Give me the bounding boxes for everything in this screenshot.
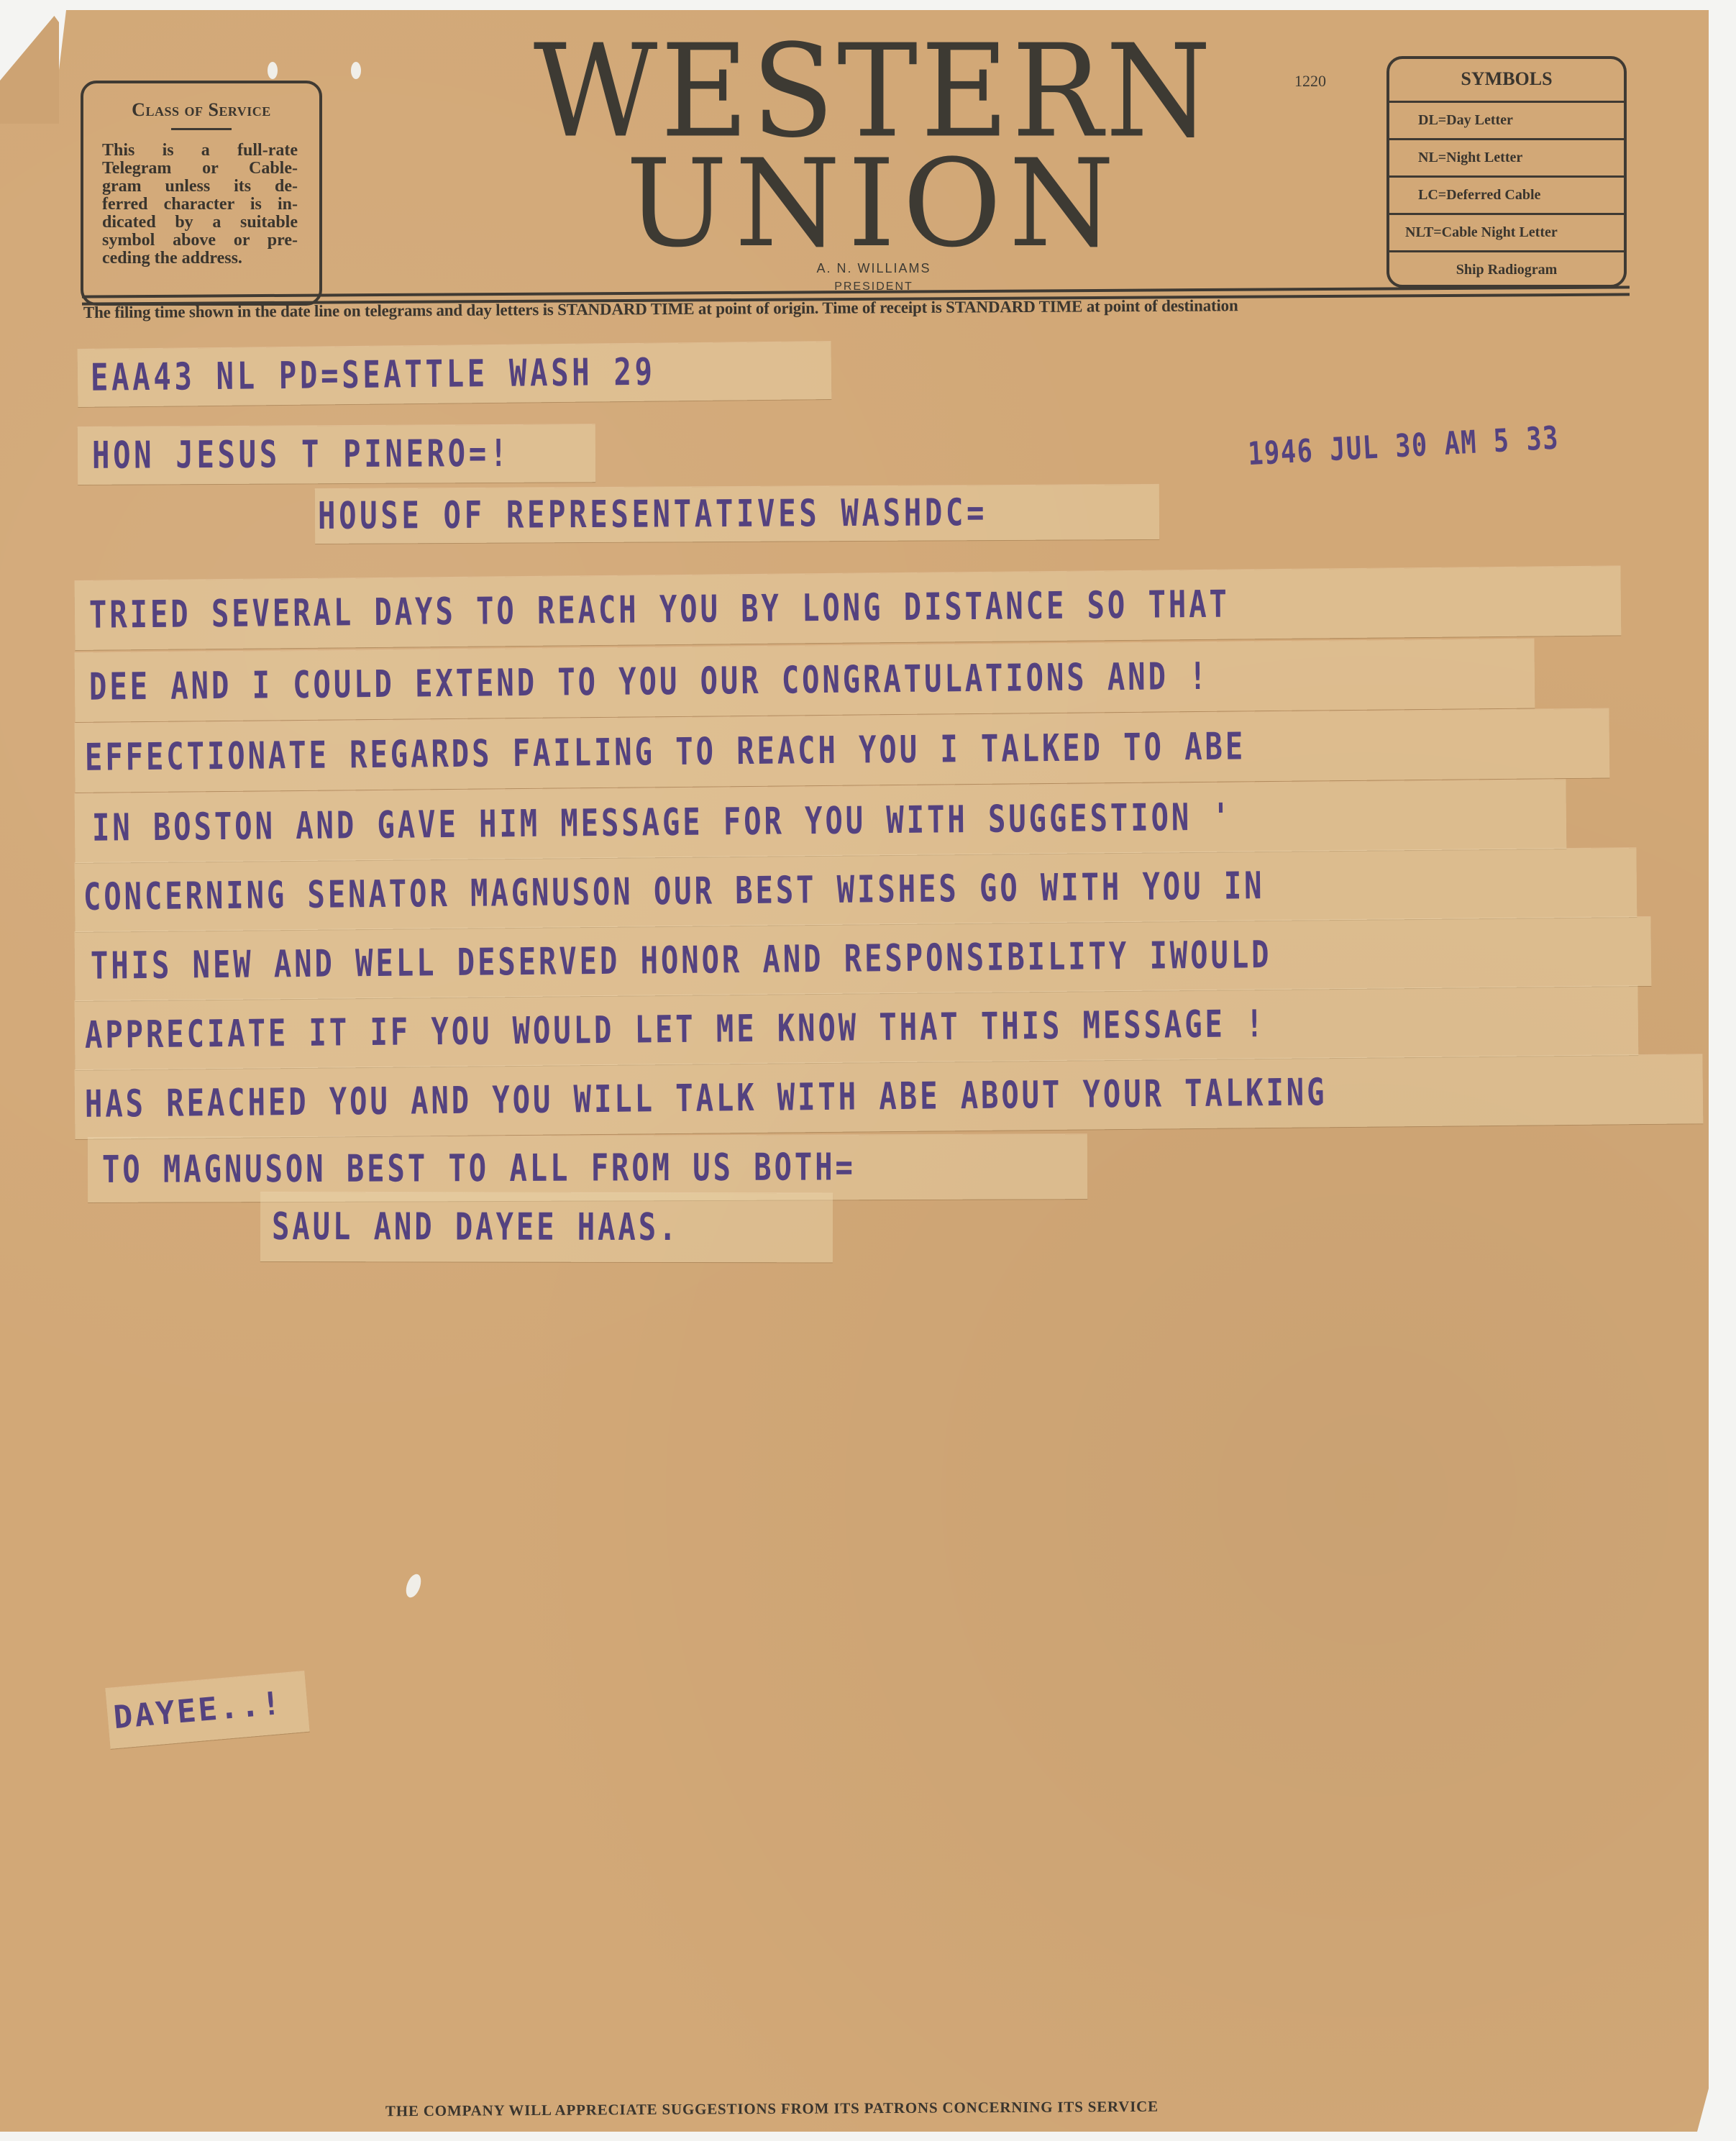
- signature: SAUL AND DAYEE HAAS.: [272, 1192, 680, 1262]
- body-strip: EFFECTIONATE REGARDS FAILING TO REACH YO…: [75, 709, 1610, 793]
- telegram-header-line: EAA43 NL PD=SEATTLE WASH 29: [91, 344, 656, 407]
- divider: [171, 128, 232, 130]
- class-of-service-title: Class of Service: [83, 99, 319, 121]
- punch-hole: [268, 62, 278, 79]
- symbols-box: SYMBOLS DL=Day Letter NL=Night Letter LC…: [1386, 56, 1627, 288]
- body-line: HAS REACHED YOU AND YOU WILL TALK WITH A…: [85, 1058, 1328, 1139]
- class-line: ferred character is in-: [102, 196, 298, 214]
- class-of-service-text: This is a full-rate Telegram or Cable- g…: [83, 142, 319, 268]
- address: HOUSE OF REPRESENTATIVES WASHDC=: [318, 485, 988, 544]
- class-line: gram unless its de-: [102, 178, 298, 196]
- class-line: dicated by a suitable: [102, 214, 298, 232]
- body-line: APPRECIATE IT IF YOU WOULD LET ME KNOW T…: [85, 990, 1266, 1070]
- addressee-strip: HON JESUS T PINERO=!: [78, 424, 595, 485]
- symbol-item: NL=Night Letter: [1389, 140, 1624, 178]
- body-strip: TO MAGNUSON BEST TO ALL FROM US BOTH=: [88, 1134, 1087, 1202]
- class-line: ceding the address.: [102, 250, 298, 268]
- symbols-title: SYMBOLS: [1389, 59, 1624, 103]
- class-line: Telegram or Cable-: [102, 160, 298, 178]
- form-number: 1220: [1294, 72, 1326, 91]
- class-line: symbol above or pre-: [102, 232, 298, 250]
- addressee: HON JESUS T PINERO=!: [92, 425, 511, 485]
- punch-hole: [351, 62, 361, 79]
- address-strip: HOUSE OF REPRESENTATIVES WASHDC=: [315, 485, 1159, 544]
- president-name: A. N. WILLIAMS: [475, 260, 1273, 276]
- symbol-item: Ship Radiogram: [1389, 252, 1624, 288]
- body-line: IN BOSTON AND GAVE HIM MESSAGE FOR YOU W…: [92, 783, 1233, 863]
- symbol-item: DL=Day Letter: [1389, 103, 1624, 140]
- symbol-item: LC=Deferred Cable: [1389, 178, 1624, 215]
- brand-western: WESTERN: [475, 35, 1273, 149]
- body-line: CONCERNING SENATOR MAGNUSON OUR BEST WIS…: [83, 852, 1265, 932]
- body-line: TRIED SEVERAL DAYS TO REACH YOU BY LONG …: [89, 570, 1230, 650]
- western-union-logo: WESTERN UNION A. N. WILLIAMS PRESIDENT: [475, 37, 1273, 295]
- signature-strip: SAUL AND DAYEE HAAS.: [260, 1192, 833, 1262]
- symbol-item: NLT=Cable Night Letter: [1389, 215, 1624, 252]
- body-line: EFFECTIONATE REGARDS FAILING TO REACH YO…: [85, 712, 1246, 792]
- class-line: This is a full-rate: [102, 142, 298, 160]
- class-of-service-box: Class of Service This is a full-rate Tel…: [81, 81, 322, 306]
- body-strip: DEE AND I COULD EXTEND TO YOU OUR CONGRA…: [75, 639, 1535, 722]
- folded-corner: [0, 16, 59, 124]
- body-line: DEE AND I COULD EXTEND TO YOU OUR CONGRA…: [89, 642, 1210, 722]
- body-line: THIS NEW AND WELL DESERVED HONOR AND RES…: [91, 921, 1272, 1001]
- telegram-header-strip: EAA43 NL PD=SEATTLE WASH 29: [78, 342, 832, 407]
